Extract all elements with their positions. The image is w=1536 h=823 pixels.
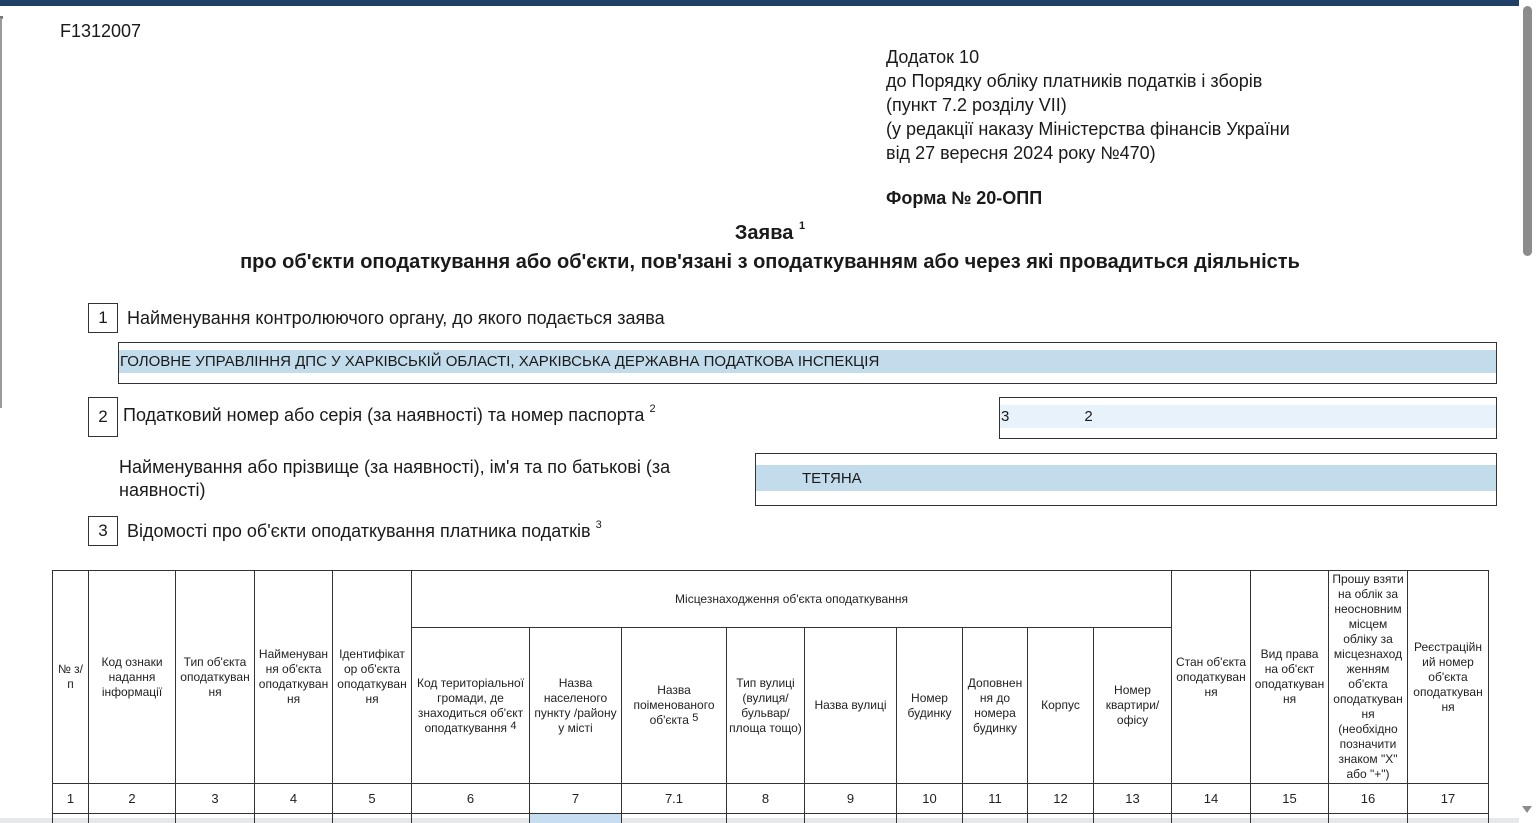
table-cell[interactable] — [1329, 814, 1408, 823]
document-subtitle: про об'єкти оподаткування або об'єкти, п… — [0, 251, 1536, 274]
addendum-line: (у редакції наказу Міністерства фінансів… — [886, 117, 1290, 141]
table-cell[interactable] — [1028, 814, 1094, 823]
section-2-label: Податковий номер або серія (за наявності… — [123, 405, 656, 426]
col-header-16: Прошу взяти на облік за неосновним місце… — [1329, 571, 1408, 784]
table-cell[interactable] — [89, 814, 176, 823]
col-number: 15 — [1251, 784, 1329, 814]
location-group-header: Місцезнаходження об'єкта оподаткування — [412, 571, 1172, 628]
col-header-4: Найменуван ня об'єкта оподаткуван ня — [255, 571, 333, 784]
col-number: 16 — [1329, 784, 1408, 814]
col-number: 9 — [805, 784, 897, 814]
section-2-number: 2 — [88, 397, 118, 437]
footnote-ref: 3 — [596, 519, 602, 531]
table-cell[interactable] — [805, 814, 897, 823]
col-header-11: Доповнен ня до номера будинку — [963, 628, 1028, 784]
table-cell[interactable] — [963, 814, 1028, 823]
table-cell[interactable] — [176, 814, 255, 823]
section-3-label-text: Відомості про об'єкти оподаткування плат… — [127, 521, 591, 541]
left-edge-line — [0, 18, 2, 408]
col-number: 14 — [1172, 784, 1251, 814]
col-number: 2 — [89, 784, 176, 814]
col-number: 13 — [1094, 784, 1172, 814]
footnote-ref: 1 — [799, 220, 805, 232]
tax-objects-table: № з/п Код ознаки надання інформації Тип … — [52, 570, 1489, 823]
col-number: 4 — [255, 784, 333, 814]
col-header-2: Код ознаки надання інформації — [89, 571, 176, 784]
col-number: 3 — [176, 784, 255, 814]
col-header-14: Стан об'єкта оподаткуван ня — [1172, 571, 1251, 784]
table-cell[interactable] — [53, 814, 89, 823]
col-header-9: Назва вулиці — [805, 628, 897, 784]
table-cell[interactable] — [412, 814, 530, 823]
form-number: Форма № 20-ОПП — [886, 188, 1042, 209]
addendum-block: Додаток 10 до Порядку обліку платників п… — [886, 45, 1290, 165]
col-number: 7.1 — [622, 784, 727, 814]
tax-number-field[interactable]: 3 2 — [999, 397, 1497, 439]
col-header-6: Код територіальної громади, де знаходить… — [412, 628, 530, 784]
footnote-ref: 5 — [692, 712, 698, 724]
tax-authority-field[interactable]: ГОЛОВНЕ УПРАВЛІННЯ ДПС У ХАРКІВСЬКІЙ ОБЛ… — [118, 342, 1497, 384]
col-header-17: Реєстраційн ий номер об'єкта оподаткуван… — [1408, 571, 1489, 784]
table-cell[interactable] — [622, 814, 727, 823]
section-2-label-text: Податковий номер або серія (за наявності… — [123, 405, 644, 425]
table-cell[interactable] — [897, 814, 963, 823]
addendum-line: (пункт 7.2 розділу VII) — [886, 93, 1290, 117]
col-number: 10 — [897, 784, 963, 814]
col-number: 6 — [412, 784, 530, 814]
window-top-bar — [0, 0, 1519, 6]
col-header-3: Тип об'єкта оподаткуван ня — [176, 571, 255, 784]
col-number: 17 — [1408, 784, 1489, 814]
table-cell[interactable] — [1251, 814, 1329, 823]
addendum-line: Додаток 10 — [886, 45, 1290, 69]
col-number: 11 — [963, 784, 1028, 814]
col-header-5: Ідентифікат ор об'єкта оподаткуван ня — [333, 571, 412, 784]
table-cell[interactable] — [1408, 814, 1489, 823]
col-number: 7 — [530, 784, 622, 814]
vertical-scrollbar-thumb[interactable] — [1523, 6, 1532, 256]
col-header-7-1: Назва поіменованого об'єкта 5 — [622, 628, 727, 784]
table-cell[interactable] — [727, 814, 805, 823]
addendum-line: до Порядку обліку платників податків і з… — [886, 69, 1290, 93]
table-cell[interactable] — [1172, 814, 1251, 823]
table-row — [53, 814, 1489, 823]
form-code: F1312007 — [60, 21, 141, 42]
column-numbers-row: 1 2 3 4 5 6 7 7.1 8 9 10 11 12 13 14 15 … — [53, 784, 1489, 814]
tax-authority-value: ГОЛОВНЕ УПРАВЛІННЯ ДПС У ХАРКІВСЬКІЙ ОБЛ… — [119, 350, 1496, 373]
footnote-ref: 2 — [649, 403, 655, 415]
section-3-number: 3 — [88, 516, 118, 546]
col-header-6-text: Код територіальної громади, де знаходить… — [417, 676, 524, 735]
table-cell[interactable] — [1094, 814, 1172, 823]
col-number: 12 — [1028, 784, 1094, 814]
section-1-label: Найменування контролюючого органу, до як… — [127, 308, 665, 329]
section-3-label: Відомості про об'єкти оподаткування плат… — [127, 521, 602, 542]
document-title: Заява 1 — [0, 222, 1536, 245]
col-number: 5 — [333, 784, 412, 814]
col-number: 8 — [727, 784, 805, 814]
col-header-10: Номер будинку — [897, 628, 963, 784]
col-header-7-1-text: Назва поіменованого об'єкта — [633, 683, 714, 727]
col-header-7: Назва населеного пункту /району у місті — [530, 628, 622, 784]
taxpayer-name-field[interactable]: ТЕТЯНА — [755, 453, 1497, 506]
table-cell[interactable] — [530, 814, 622, 823]
tax-number-value: 3 2 — [1000, 405, 1496, 428]
taxpayer-name-value: ТЕТЯНА — [756, 465, 1496, 491]
section-1-number: 1 — [88, 303, 118, 333]
col-header-8: Тип вулиці (вулиця/ бульвар/ площа тощо) — [727, 628, 805, 784]
taxpayer-name-label: Найменування або прізвище (за наявності)… — [119, 456, 719, 502]
col-header-13: Номер квартири/ офісу — [1094, 628, 1172, 784]
col-header-1: № з/п — [53, 571, 89, 784]
table-cell[interactable] — [333, 814, 412, 823]
scroll-down-arrow-icon[interactable] — [1522, 806, 1532, 813]
footnote-ref: 4 — [510, 720, 516, 732]
title-text: Заява — [735, 222, 793, 244]
col-header-12: Корпус — [1028, 628, 1094, 784]
addendum-line: від 27 вересня 2024 року №470) — [886, 141, 1290, 165]
col-header-15: Вид права на об'єкт оподаткуван ня — [1251, 571, 1329, 784]
table-cell[interactable] — [255, 814, 333, 823]
col-number: 1 — [53, 784, 89, 814]
